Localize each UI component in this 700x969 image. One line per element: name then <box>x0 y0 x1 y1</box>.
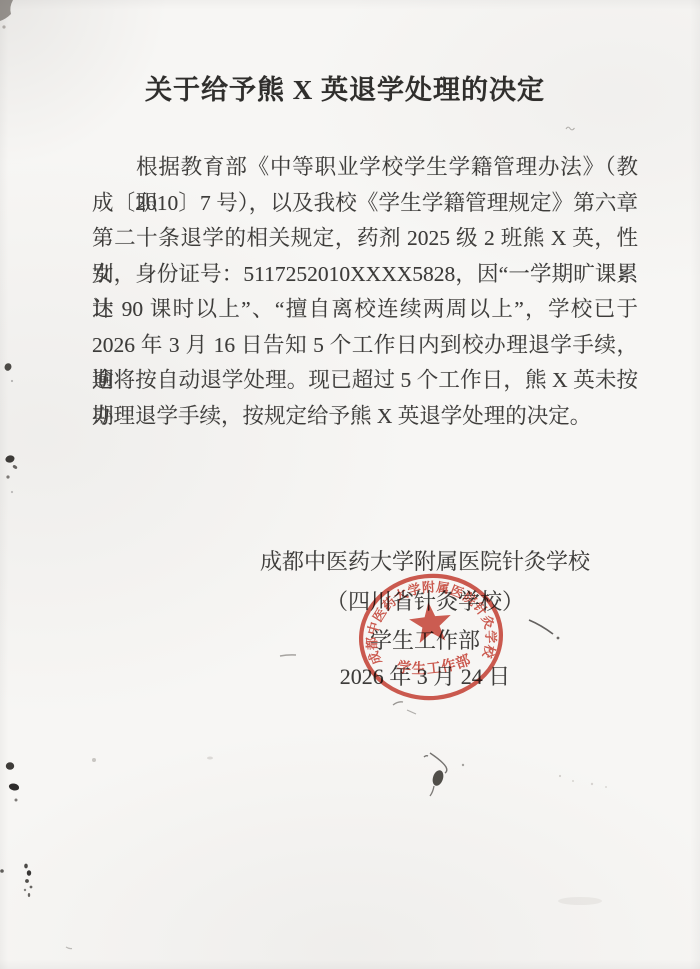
ink-speck <box>30 886 33 889</box>
ink-speck <box>6 475 9 478</box>
body-line: 第二十条退学的相关规定，药剂 2025 级 2 班熊 X 英，性别： <box>92 221 638 257</box>
ink-speck <box>5 454 16 463</box>
ink-speck <box>559 775 561 777</box>
ink-speck <box>24 864 28 869</box>
ink-speck <box>11 380 13 382</box>
pencil-squiggle <box>430 786 434 796</box>
body-line: 根据教育部《中等职业学校学生学籍管理办法》（教职 <box>92 150 638 186</box>
document-title: 关于给予熊 X 英退学处理的决定 <box>0 70 690 110</box>
pencil-squiggle <box>424 753 447 773</box>
ink-speck <box>25 879 29 883</box>
pencil-mark <box>566 127 575 130</box>
ink-speck <box>6 762 14 770</box>
ink-speck <box>27 870 31 876</box>
paper-smudge <box>558 897 602 905</box>
body-line: 期将按自动退学处理。现已超过 5 个工作日，熊 X 英未按期 <box>92 363 638 399</box>
body-line: 达 90 课时以上”、“擅自离校连续两周以上”，学校已于 <box>92 292 638 328</box>
ink-speck <box>462 764 464 766</box>
corner-smudge <box>0 0 13 21</box>
ink-speck <box>0 869 4 873</box>
ink-speck <box>591 783 593 785</box>
ink-speck <box>8 783 20 792</box>
scan-artifacts <box>0 0 700 969</box>
signature-school-name: 成都中医药大学附属医院针灸学校 <box>155 545 695 579</box>
ink-speck <box>15 799 18 802</box>
body-line: 成〔2010〕7 号），以及我校《学生学籍管理规定》第六章 <box>92 186 638 222</box>
signature-school-alt-name: （四川省针灸学校） <box>155 585 695 619</box>
ink-speck <box>2 25 5 28</box>
pencil-mark <box>407 710 416 714</box>
paper-smudge <box>207 757 213 760</box>
ink-speck <box>572 780 574 782</box>
signature-department: 学生工作部 <box>155 624 695 658</box>
ink-speck <box>24 889 26 891</box>
ink-squiggle-blob <box>431 769 445 787</box>
ink-speck <box>28 893 30 897</box>
body-line: 办理退学手续，按规定给予熊 X 英退学处理的决定。 <box>92 399 638 435</box>
body-paragraph: 根据教育部《中等职业学校学生学籍管理办法》（教职 成〔2010〕7 号），以及我… <box>92 150 638 434</box>
ink-speck <box>605 786 607 788</box>
body-line: 2026 年 3 月 16 日告知 5 个工作日内到校办理退学手续，逾 <box>92 328 638 364</box>
ink-speck <box>92 758 96 762</box>
pencil-mark <box>393 702 403 705</box>
signature-date: 2026 年 3 月 24 日 <box>155 660 695 694</box>
ink-speck <box>3 362 12 372</box>
ink-speck <box>11 491 13 493</box>
pencil-mark <box>66 947 72 949</box>
body-line: 女，身份证号：5117252010XXXX5828，因“一学期旷课累计 <box>92 257 638 293</box>
ink-speck <box>12 464 18 469</box>
scanned-document-page: 关于给予熊 X 英退学处理的决定 根据教育部《中等职业学校学生学籍管理办法》（教… <box>0 0 700 969</box>
